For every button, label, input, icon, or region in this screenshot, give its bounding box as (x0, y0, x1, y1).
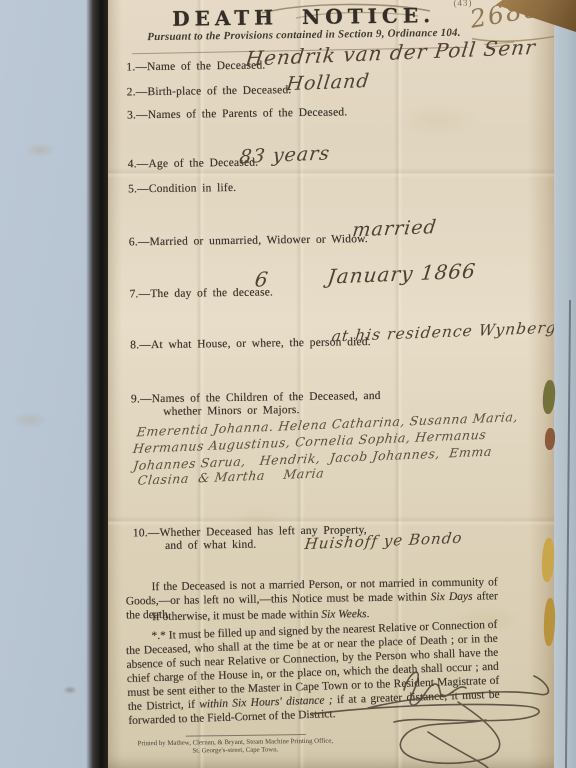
field-value-2: Holland (285, 70, 371, 95)
field-value-4: 83 years (238, 142, 331, 168)
field-label-2: 2.—Birth-place of the Deceased. (127, 84, 292, 98)
field-value-8: at his residence Wynberg (331, 319, 558, 346)
field-label-5: 5.—Condition in life. (128, 182, 236, 196)
photographed-document: DEATH NOTICE. Pursuant to the Provisions… (0, 0, 576, 768)
field-label-10b: and of what kind. (165, 539, 257, 552)
signature-scribble (308, 662, 558, 768)
death-notice-page: DEATH NOTICE. Pursuant to the Provisions… (108, 0, 554, 768)
field-label-6: 6.—Married or unmarried, Widower or Wido… (129, 233, 368, 248)
note-1-emphasis: Six Days (431, 591, 473, 604)
note-2-text: If otherwise, it must be made within (152, 609, 321, 623)
printer-rule (186, 734, 306, 737)
note-2-text-end: . (366, 608, 369, 620)
field-label-9b: whether Minors or Majors. (163, 404, 300, 418)
field-label-9: 9.—Names of the Children of the Deceased… (131, 390, 381, 405)
note-2-emphasis: Six Weeks (321, 608, 366, 621)
field-value-7: 6 January 1866 (254, 259, 478, 292)
field-label-7: 7.—The day of the decease. (129, 286, 273, 300)
field-label-3: 3.—Names of the Parents of the Deceased. (127, 106, 348, 121)
field-value-6: married (351, 216, 438, 241)
